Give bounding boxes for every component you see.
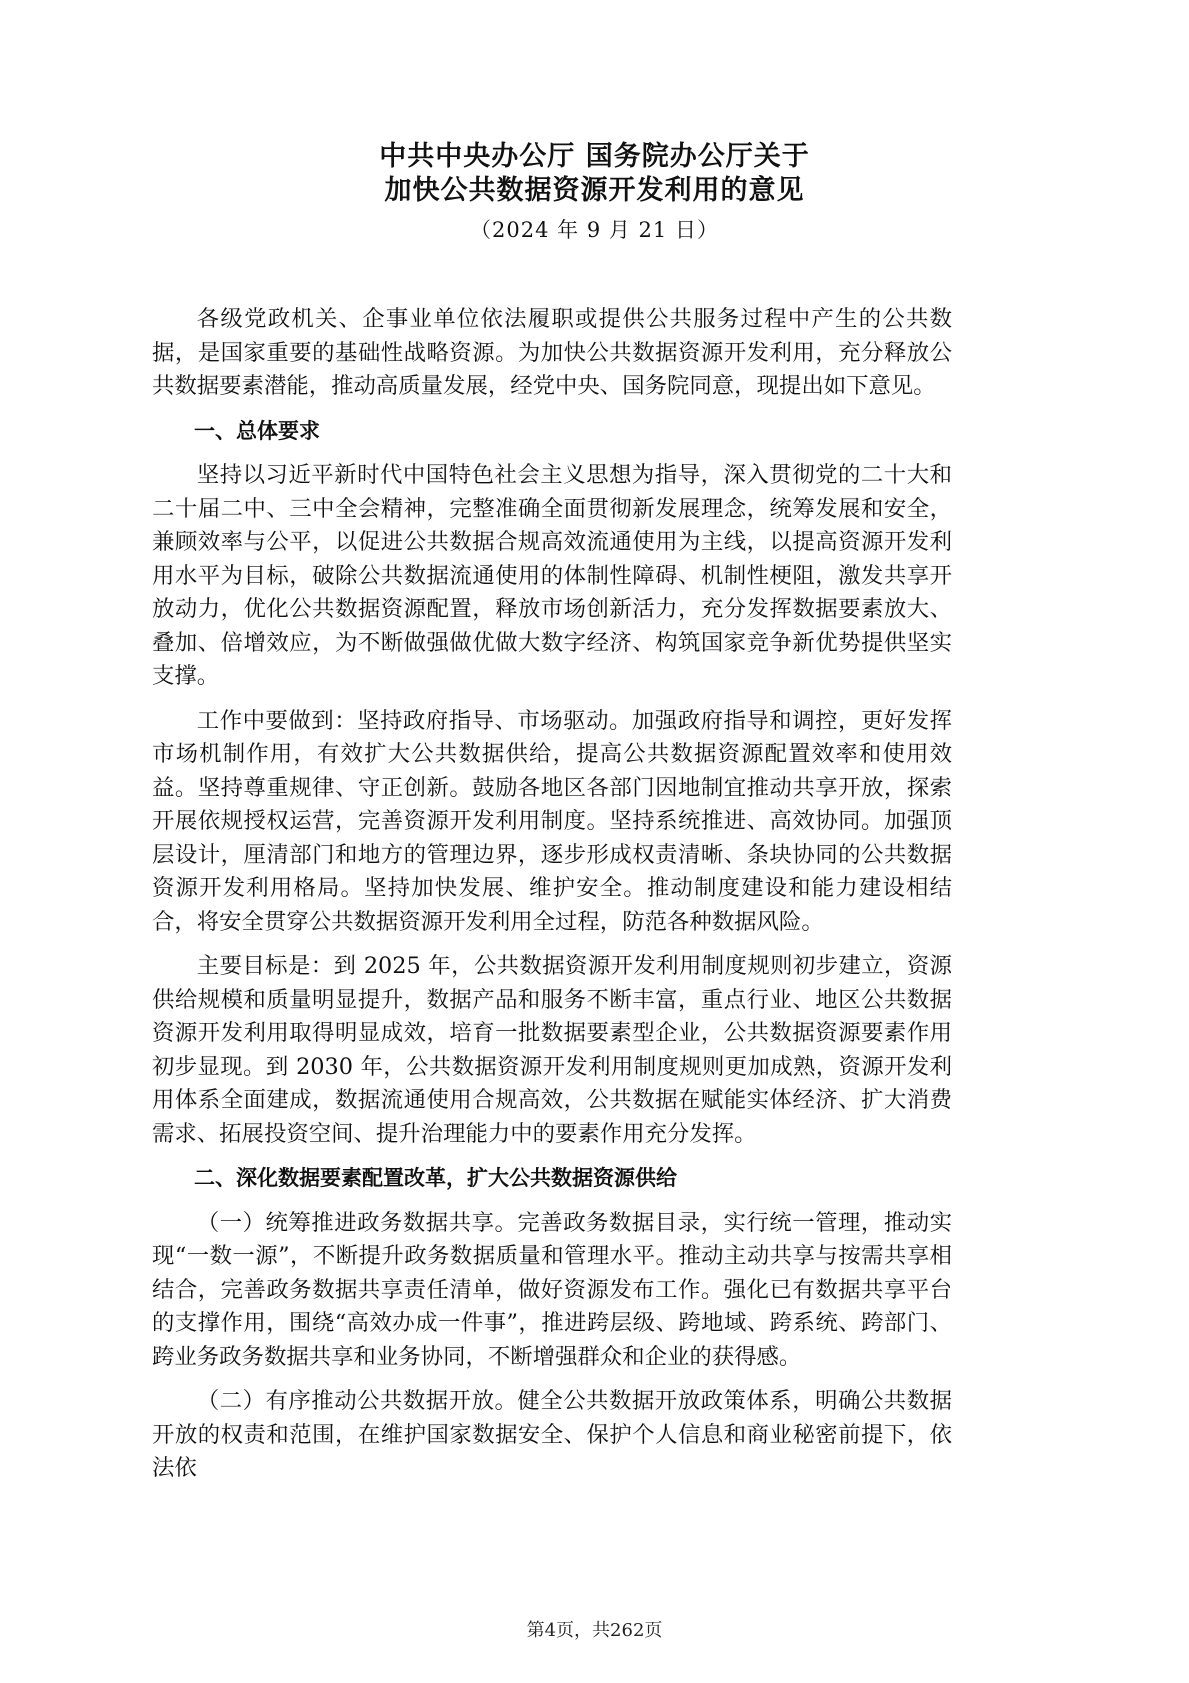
section-heading-1: 一、总体要求 [152, 415, 952, 449]
work-requirements-paragraph: 工作中要做到：坚持政府指导、市场驱动。加强政府指导和调控，更好发挥市场机制作用，… [152, 705, 952, 940]
main-goals-paragraph: 主要目标是：到 2025 年，公共数据资源开发利用制度规则初步建立，资源供给规模… [152, 950, 952, 1151]
section-heading-2: 二、深化数据要素配置改革，扩大公共数据资源供给 [152, 1162, 952, 1196]
document-body: 各级党政机关、企事业单位依法履职或提供公共服务过程中产生的公共数据，是国家重要的… [152, 303, 952, 1497]
intro-paragraph: 各级党政机关、企事业单位依法履职或提供公共服务过程中产生的公共数据，是国家重要的… [152, 303, 952, 404]
document-date: （2024 年 9 月 21 日） [0, 214, 1189, 244]
document-title-line-2: 加快公共数据资源开发利用的意见 [0, 168, 1189, 207]
item-2-paragraph: （二）有序推动公共数据开放。健全公共数据开放政策体系，明确公共数据开放的权责和范… [152, 1385, 952, 1486]
item-1-paragraph: （一）统筹推进政务数据共享。完善政务数据目录，实行统一管理，推动实现“一数一源”… [152, 1207, 952, 1375]
page-number-footer: 第4页，共262页 [0, 1616, 1189, 1642]
guiding-principle-paragraph: 坚持以习近平新时代中国特色社会主义思想为指导，深入贯彻党的二十大和二十届二中、三… [152, 459, 952, 694]
document-page: 中共中央办公厅 国务院办公厅关于 加快公共数据资源开发利用的意见 （2024 年… [0, 0, 1189, 1683]
